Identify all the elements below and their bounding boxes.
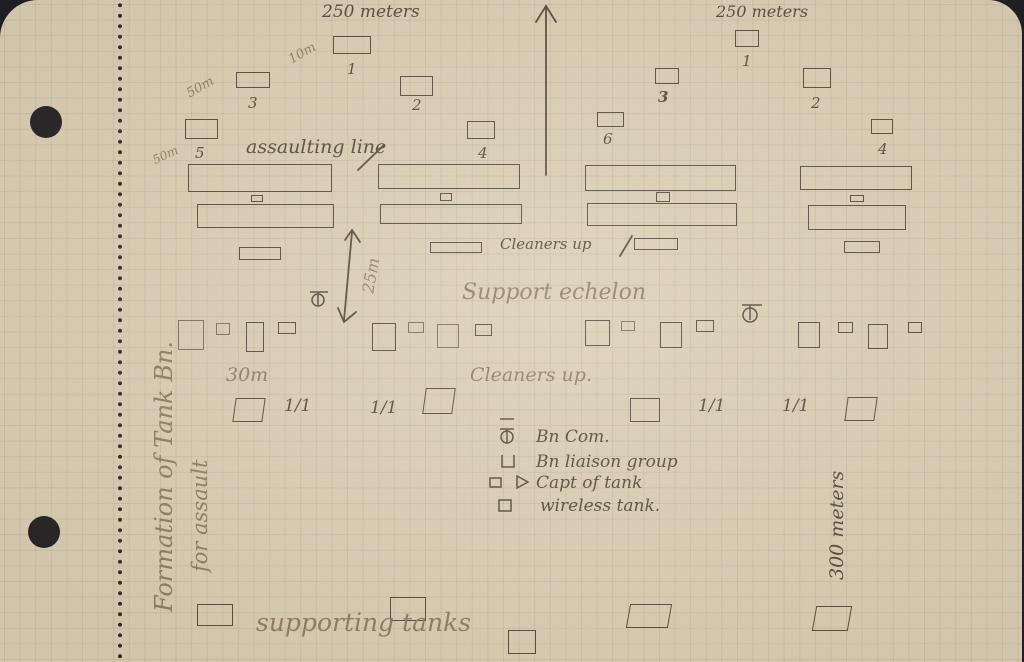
tank-number: 5 <box>195 144 205 162</box>
assaulting-line-label: assaulting line <box>246 136 386 158</box>
tank-marker-left-2 <box>400 76 433 96</box>
cleaner-block-1 <box>239 247 281 260</box>
support-liaison <box>838 322 853 333</box>
support-tank <box>798 322 820 348</box>
tank-number: 2 <box>412 96 422 114</box>
cleaners-up-label-2: Cleaners up. <box>470 364 592 386</box>
cleaner-block-4 <box>844 241 880 253</box>
distance-label-300m: 300 meters <box>826 471 848 580</box>
support-liaison <box>621 321 635 331</box>
cleaner-mark: 1/1 <box>782 396 809 416</box>
assault-block-4b <box>808 205 906 230</box>
page-subtitle-vertical: for assault <box>188 460 212 572</box>
tank-marker-left-4 <box>467 121 495 139</box>
tank-marker-left-1 <box>333 36 371 54</box>
tank-marker-right-3 <box>655 68 679 84</box>
assault-liaison-1 <box>251 195 263 202</box>
assault-liaison-4 <box>850 195 864 202</box>
cleaner-block-2 <box>430 242 482 253</box>
supporting-tank <box>812 606 852 631</box>
tank-number: 3 <box>658 88 668 106</box>
tank-marker-right-4 <box>871 119 893 134</box>
support-tank <box>246 322 264 352</box>
legend-captain-tank: Capt of tank <box>536 473 642 493</box>
support-echelon-label: Support echelon <box>462 280 646 305</box>
assault-block-2b <box>380 204 522 224</box>
tank-marker-right-2 <box>803 68 831 88</box>
tank-number: 4 <box>478 144 488 162</box>
support-liaison <box>475 324 492 336</box>
distance-label-left: 250 meters <box>322 2 420 22</box>
page-title-vertical: Formation of Tank Bn. <box>150 341 178 612</box>
cleaner-mark: 1/1 <box>284 396 311 416</box>
tank-marker-left-3 <box>236 72 270 88</box>
cleaner-tank <box>422 388 456 414</box>
supporting-tank <box>197 604 233 626</box>
cleaner-mark: 1/1 <box>698 396 725 416</box>
tank-number: 6 <box>603 130 613 148</box>
cleaner-tank <box>844 397 877 421</box>
cleaners-up-label: Cleaners up <box>500 235 592 253</box>
support-tank <box>660 322 682 348</box>
tank-number: 1 <box>742 52 752 70</box>
support-tank <box>178 320 204 350</box>
support-liaison <box>908 322 922 333</box>
assault-liaison-3 <box>656 192 670 202</box>
assault-liaison-2 <box>440 193 452 201</box>
assault-block-4a <box>800 166 912 190</box>
cleaner-block-3 <box>634 238 678 250</box>
assault-block-1b <box>197 204 334 228</box>
tank-marker-left-5 <box>185 119 218 139</box>
support-tank <box>372 323 396 351</box>
tank-number: 1 <box>347 60 357 78</box>
tank-marker-right-1 <box>735 30 759 47</box>
tank-number: 4 <box>878 140 888 158</box>
support-liaison <box>216 323 230 335</box>
notebook-page: 250 meters 250 meters 10m 50m 50m 1 2 3 … <box>0 0 1022 662</box>
supporting-tank <box>626 604 672 628</box>
assault-block-2a <box>378 164 520 189</box>
cleaner-mark: 1/1 <box>370 398 397 418</box>
support-liaison <box>408 322 424 333</box>
supporting-tank <box>508 630 536 654</box>
support-liaison <box>696 320 714 332</box>
legend-bn-commander: Bn Com. <box>536 427 610 447</box>
legend-liaison-group: Bn liaison group <box>536 452 678 472</box>
legend-wireless-tank: wireless tank. <box>540 496 660 516</box>
support-tank <box>868 324 888 349</box>
assault-block-1a <box>188 164 332 192</box>
tank-marker-right-6 <box>597 112 624 127</box>
assault-block-3a <box>585 165 736 191</box>
cleaner-tank <box>232 398 265 422</box>
cleaner-tank <box>630 398 660 422</box>
tank-number: 3 <box>248 94 258 112</box>
support-liaison <box>278 322 296 334</box>
support-tank <box>437 324 459 348</box>
supporting-tanks-label: supporting tanks <box>256 608 471 637</box>
distance-label-right: 250 meters <box>716 2 808 21</box>
assault-block-3b <box>587 203 737 226</box>
tank-number: 2 <box>811 94 821 112</box>
distance-label-30m: 30m <box>226 364 268 386</box>
support-tank <box>585 320 610 346</box>
